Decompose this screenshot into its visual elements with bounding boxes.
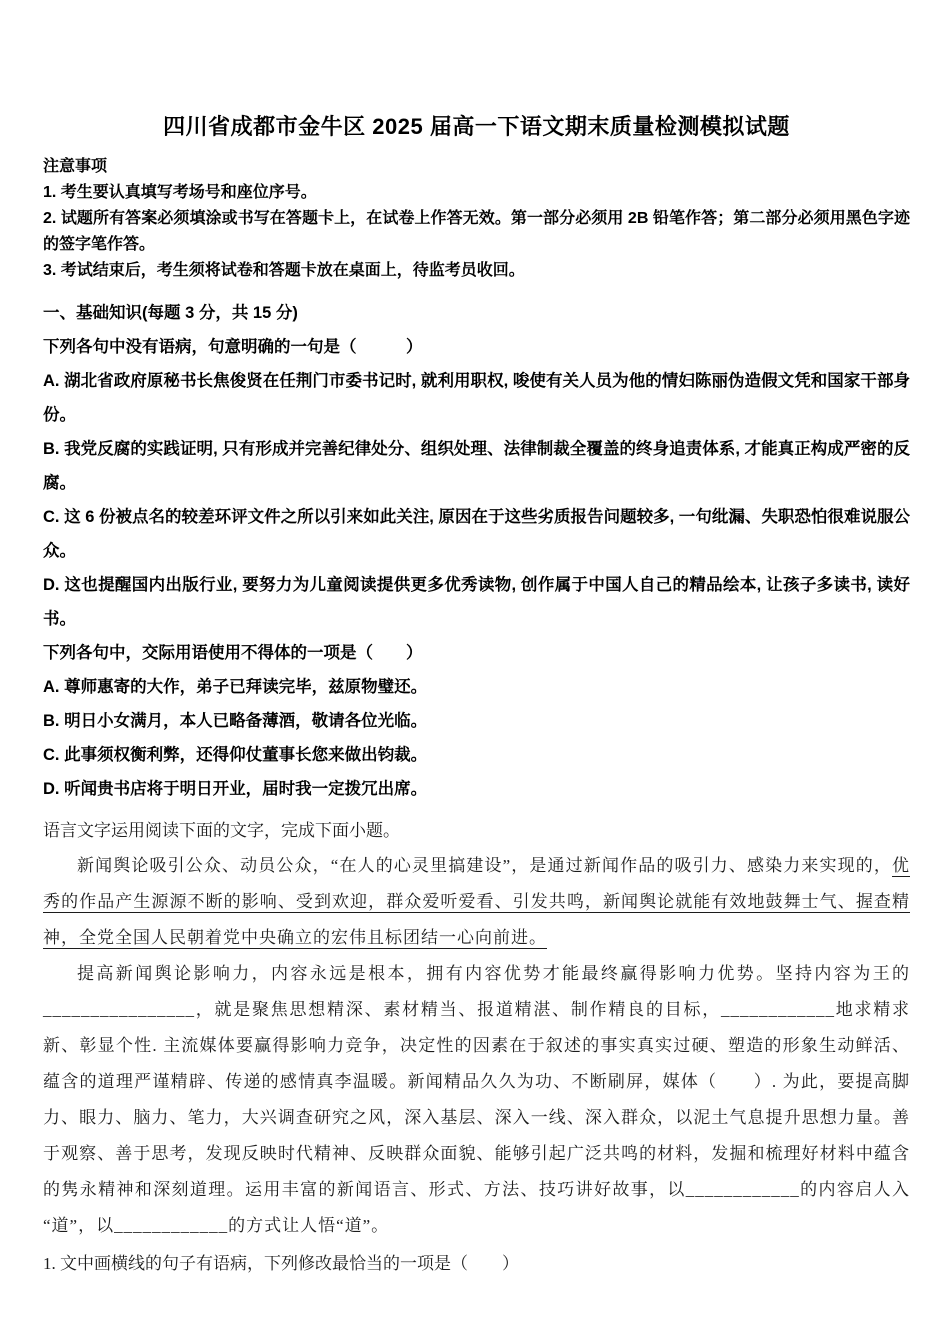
question-1-option-d: D. 这也提醒国内出版行业, 要努力为儿童阅读提供更多优秀读物, 创作属于中国人… bbox=[43, 568, 910, 636]
question-1-option-b: B. 我党反腐的实践证明, 只有形成并完善纪律处分、组织处理、法律制裁全覆盖的终… bbox=[43, 432, 910, 500]
language-use-intro: 语言文字运用阅读下面的文字，完成下面小题。 bbox=[43, 814, 910, 848]
page-title: 四川省成都市金牛区 2025 届高一下语文期末质量检测模拟试题 bbox=[43, 110, 910, 141]
question-2-option-b: B. 明日小女满月，本人已略备薄酒，敬请各位光临。 bbox=[43, 704, 910, 738]
section-language-use: 语言文字运用阅读下面的文字，完成下面小题。 新闻舆论吸引公众、动员公众，“在人的… bbox=[43, 814, 910, 1284]
section-heading: 一、基础知识(每题 3 分，共 15 分) bbox=[43, 296, 910, 330]
exam-paper-page: 四川省成都市金牛区 2025 届高一下语文期末质量检测模拟试题 注意事项 1. … bbox=[0, 0, 950, 1344]
section-basic-knowledge: 一、基础知识(每题 3 分，共 15 分) 下列各句中没有语病，句意明确的一句是… bbox=[43, 296, 910, 806]
question-2-option-d: D. 听闻贵书店将于明日开业，届时我一定拨冗出席。 bbox=[43, 772, 910, 806]
reading-paragraph-2: 提高新闻舆论影响力，内容永远是根本，拥有内容优势才能最终赢得影响力优势。坚持内容… bbox=[43, 956, 910, 1244]
notice-item-3: 3. 考试结束后，考生须将试卷和答题卡放在桌面上，待监考员收回。 bbox=[43, 258, 910, 284]
question-2-option-a: A. 尊师惠寄的大作，弟子已拜读完毕，兹原物璧还。 bbox=[43, 670, 910, 704]
question-1-stem: 下列各句中没有语病，句意明确的一句是（ ） bbox=[43, 330, 910, 364]
reading-paragraph-1: 新闻舆论吸引公众、动员公众，“在人的心灵里搞建设”，是通过新闻作品的吸引力、感染… bbox=[43, 848, 910, 956]
paragraph-1-normal-text: 新闻舆论吸引公众、动员公众，“在人的心灵里搞建设”，是通过新闻作品的吸引力、感染… bbox=[77, 856, 892, 875]
notice-section: 注意事项 1. 考生要认真填写考场号和座位序号。 2. 试题所有答案必须填涂或书… bbox=[43, 154, 910, 284]
notice-item-1: 1. 考生要认真填写考场号和座位序号。 bbox=[43, 180, 910, 206]
sub-question-1: 1. 文中画横线的句子有语病，下列修改最恰当的一项是（ ） bbox=[43, 1244, 910, 1284]
question-1-option-a: A. 湖北省政府原秘书长焦俊贤在任荆门市委书记时, 就利用职权, 唆使有关人员为… bbox=[43, 364, 910, 432]
question-1-option-c: C. 这 6 份被点名的较差环评文件之所以引来如此关注, 原因在于这些劣质报告问… bbox=[43, 500, 910, 568]
question-2-stem: 下列各句中，交际用语使用不得体的一项是（ ） bbox=[43, 636, 910, 670]
question-2-option-c: C. 此事须权衡利弊，还得仰仗董事长您来做出钧裁。 bbox=[43, 738, 910, 772]
notice-item-2: 2. 试题所有答案必须填涂或书写在答题卡上，在试卷上作答无效。第一部分必须用 2… bbox=[43, 206, 910, 258]
notice-heading: 注意事项 bbox=[43, 154, 910, 180]
